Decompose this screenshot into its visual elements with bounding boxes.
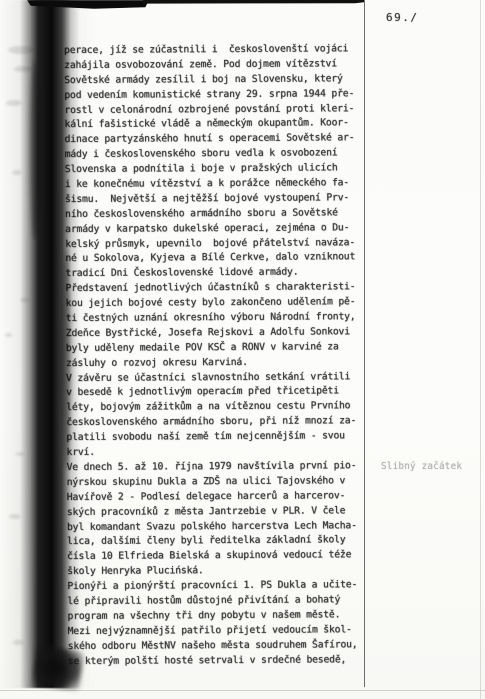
typewritten-line: ských pracovníků z města Jantrzebie v PL… [67,504,372,521]
typewritten-line: ního československého armádního sboru a … [65,206,370,223]
typewritten-line: armády v karpatsko dukelské operaci, zej… [65,221,370,238]
scan-gutter-shadow [0,0,100,688]
typewritten-text-block: perace, jíž se zúčastnili i českoslovenš… [64,42,373,669]
typewritten-line: perace, jíž se zúčastnili i českoslovenš… [64,42,369,59]
typewritten-line: ského odboru MěstNV našeho města soudruh… [68,638,373,655]
scan-gutter-streak [30,60,40,240]
page-number: 69./ [386,11,419,24]
typewritten-line: pod vedením komunistické strany 29. srpn… [64,87,369,104]
typewritten-line: čísla 10 Elfrieda Bielská a skupinová ve… [67,548,372,565]
page-right-edge-line [480,0,481,699]
margin-rule-line [364,0,365,687]
typewritten-line: Sovětské armády zesílil i boj na Slovens… [64,72,369,89]
scan-gutter-bottom-blob [31,645,84,691]
typewritten-line: Ve dnech 5. až 10. října 1979 navštívila… [67,459,372,476]
typewritten-line: Havířově 2 - Podlesí delegace harcerů a … [67,489,372,506]
margin-note-annotation: Slibný začátek [381,461,462,472]
typewritten-line: šismu. Největší a nejtěžší bojové vystou… [65,191,370,208]
typewritten-line: né u Sokolova, Kyjeva a Bílé Cerkve, dal… [65,251,370,268]
typewritten-line: i ke konečnému vítězství a k porážce něm… [65,176,370,193]
scan-top-edge-artifact-thin [143,0,364,4]
typewritten-line: byly uděleny medaile POV KSČ a RONV v ka… [66,340,371,357]
typewritten-line: zahájila osvobozování země. Pod dojmem v… [64,57,369,74]
scanned-page: 69./ perace, jíž se zúčastnili i českosl… [0,0,485,699]
typewritten-line: Zdeňce Bystřické, Josefa Rejskovi a Adol… [66,325,371,342]
typewritten-line: nýrskou skupinu Dukla a ZDŠ na ulici Taj… [67,474,372,491]
typewritten-line: platili svobodu naší země tím nejcennějš… [66,429,371,446]
scan-gutter-streak [62,250,71,470]
typewritten-line: lé připravili hostům důstojné přivítání … [67,593,372,610]
typewritten-line: program na všechny tři dny pobytu v naše… [67,608,372,625]
typewritten-line: Mezi nejvýznamnější patřilo přijetí vedo… [68,623,373,640]
typewritten-line: se kterým polští hosté setrvali v srdečn… [68,653,373,670]
